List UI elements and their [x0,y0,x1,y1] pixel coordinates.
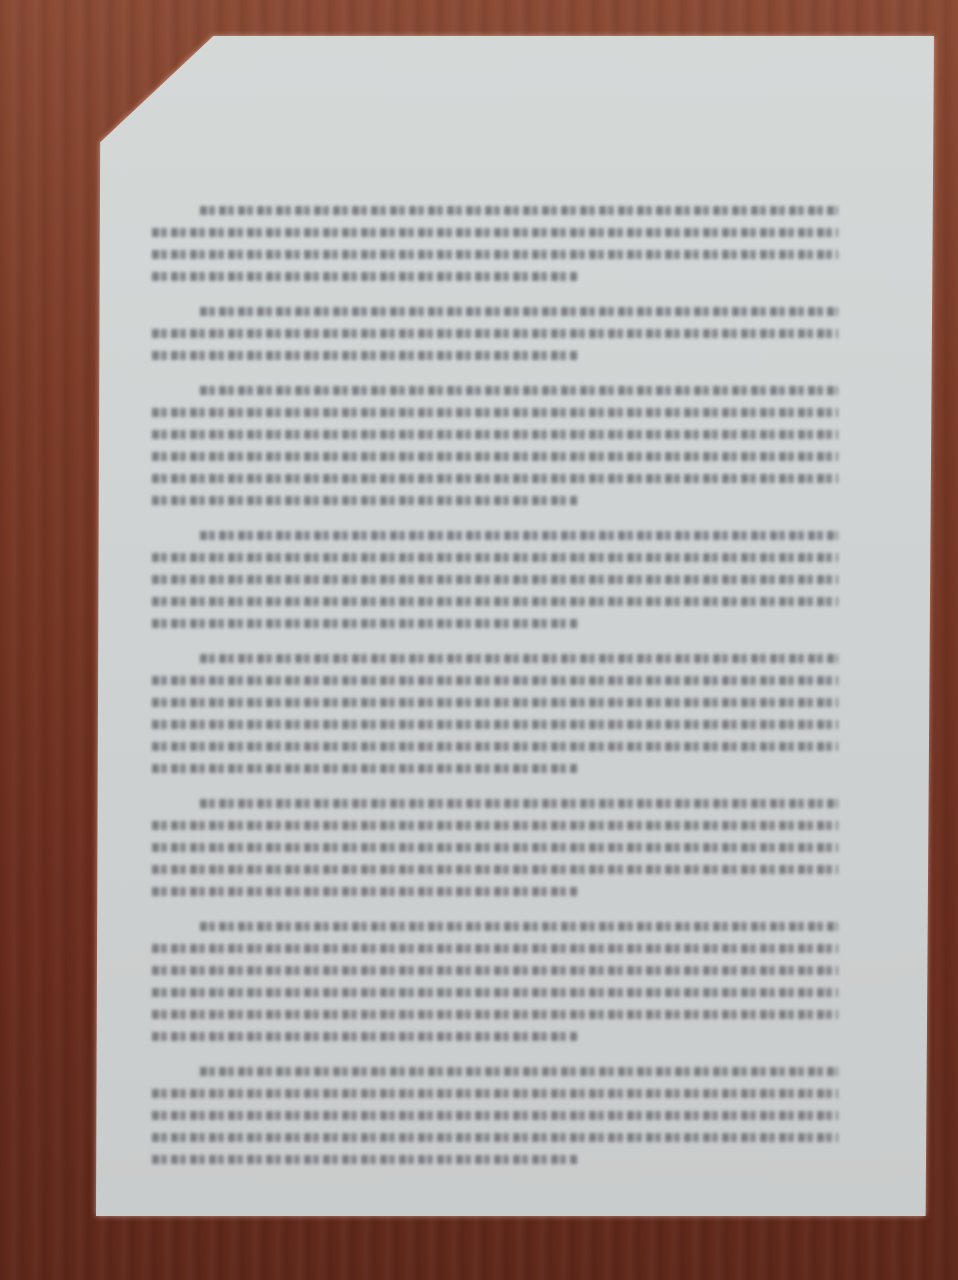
typed-line [152,821,838,830]
paragraph [152,1067,838,1164]
paragraph [152,531,838,628]
typed-line [152,430,838,439]
typed-line [152,843,838,852]
typed-line [152,250,838,259]
typed-line [200,799,838,808]
typed-line [152,575,838,584]
typed-line [152,1111,838,1120]
typed-line [152,966,838,975]
typed-line [200,1067,838,1076]
typed-line [152,742,838,751]
paragraph [152,799,838,896]
typed-line [152,676,838,685]
typed-text-body [152,206,838,1190]
typed-line [152,887,577,896]
typed-line [152,452,838,461]
typed-line [200,654,838,663]
typed-line [152,1010,838,1019]
typed-line [152,698,838,707]
paragraph [152,922,838,1041]
typed-line [200,307,838,316]
typed-line [152,228,838,237]
typed-line [152,496,577,505]
typed-line [152,1133,838,1142]
typed-line [152,619,577,628]
typed-line [152,597,838,606]
typed-line [152,1155,577,1164]
typed-line [200,206,838,215]
paragraph [152,386,838,505]
typed-line [200,531,838,540]
typed-line [152,944,838,953]
typed-line [152,988,838,997]
typed-line [200,386,838,395]
typed-line [152,272,577,281]
paper-sheet: Image resolution too low; typed text can… [96,36,934,1216]
typed-line [152,1032,577,1041]
typed-line [152,865,838,874]
paragraph [152,307,838,360]
typed-line [200,922,838,931]
typed-line [152,351,577,360]
typed-line [152,553,838,562]
typed-line [152,764,577,773]
typed-line [152,474,838,483]
paragraph [152,206,838,281]
typed-line [152,720,838,729]
typed-line [152,1089,838,1098]
typed-line [152,329,838,338]
paragraph [152,654,838,773]
typed-line [152,408,838,417]
